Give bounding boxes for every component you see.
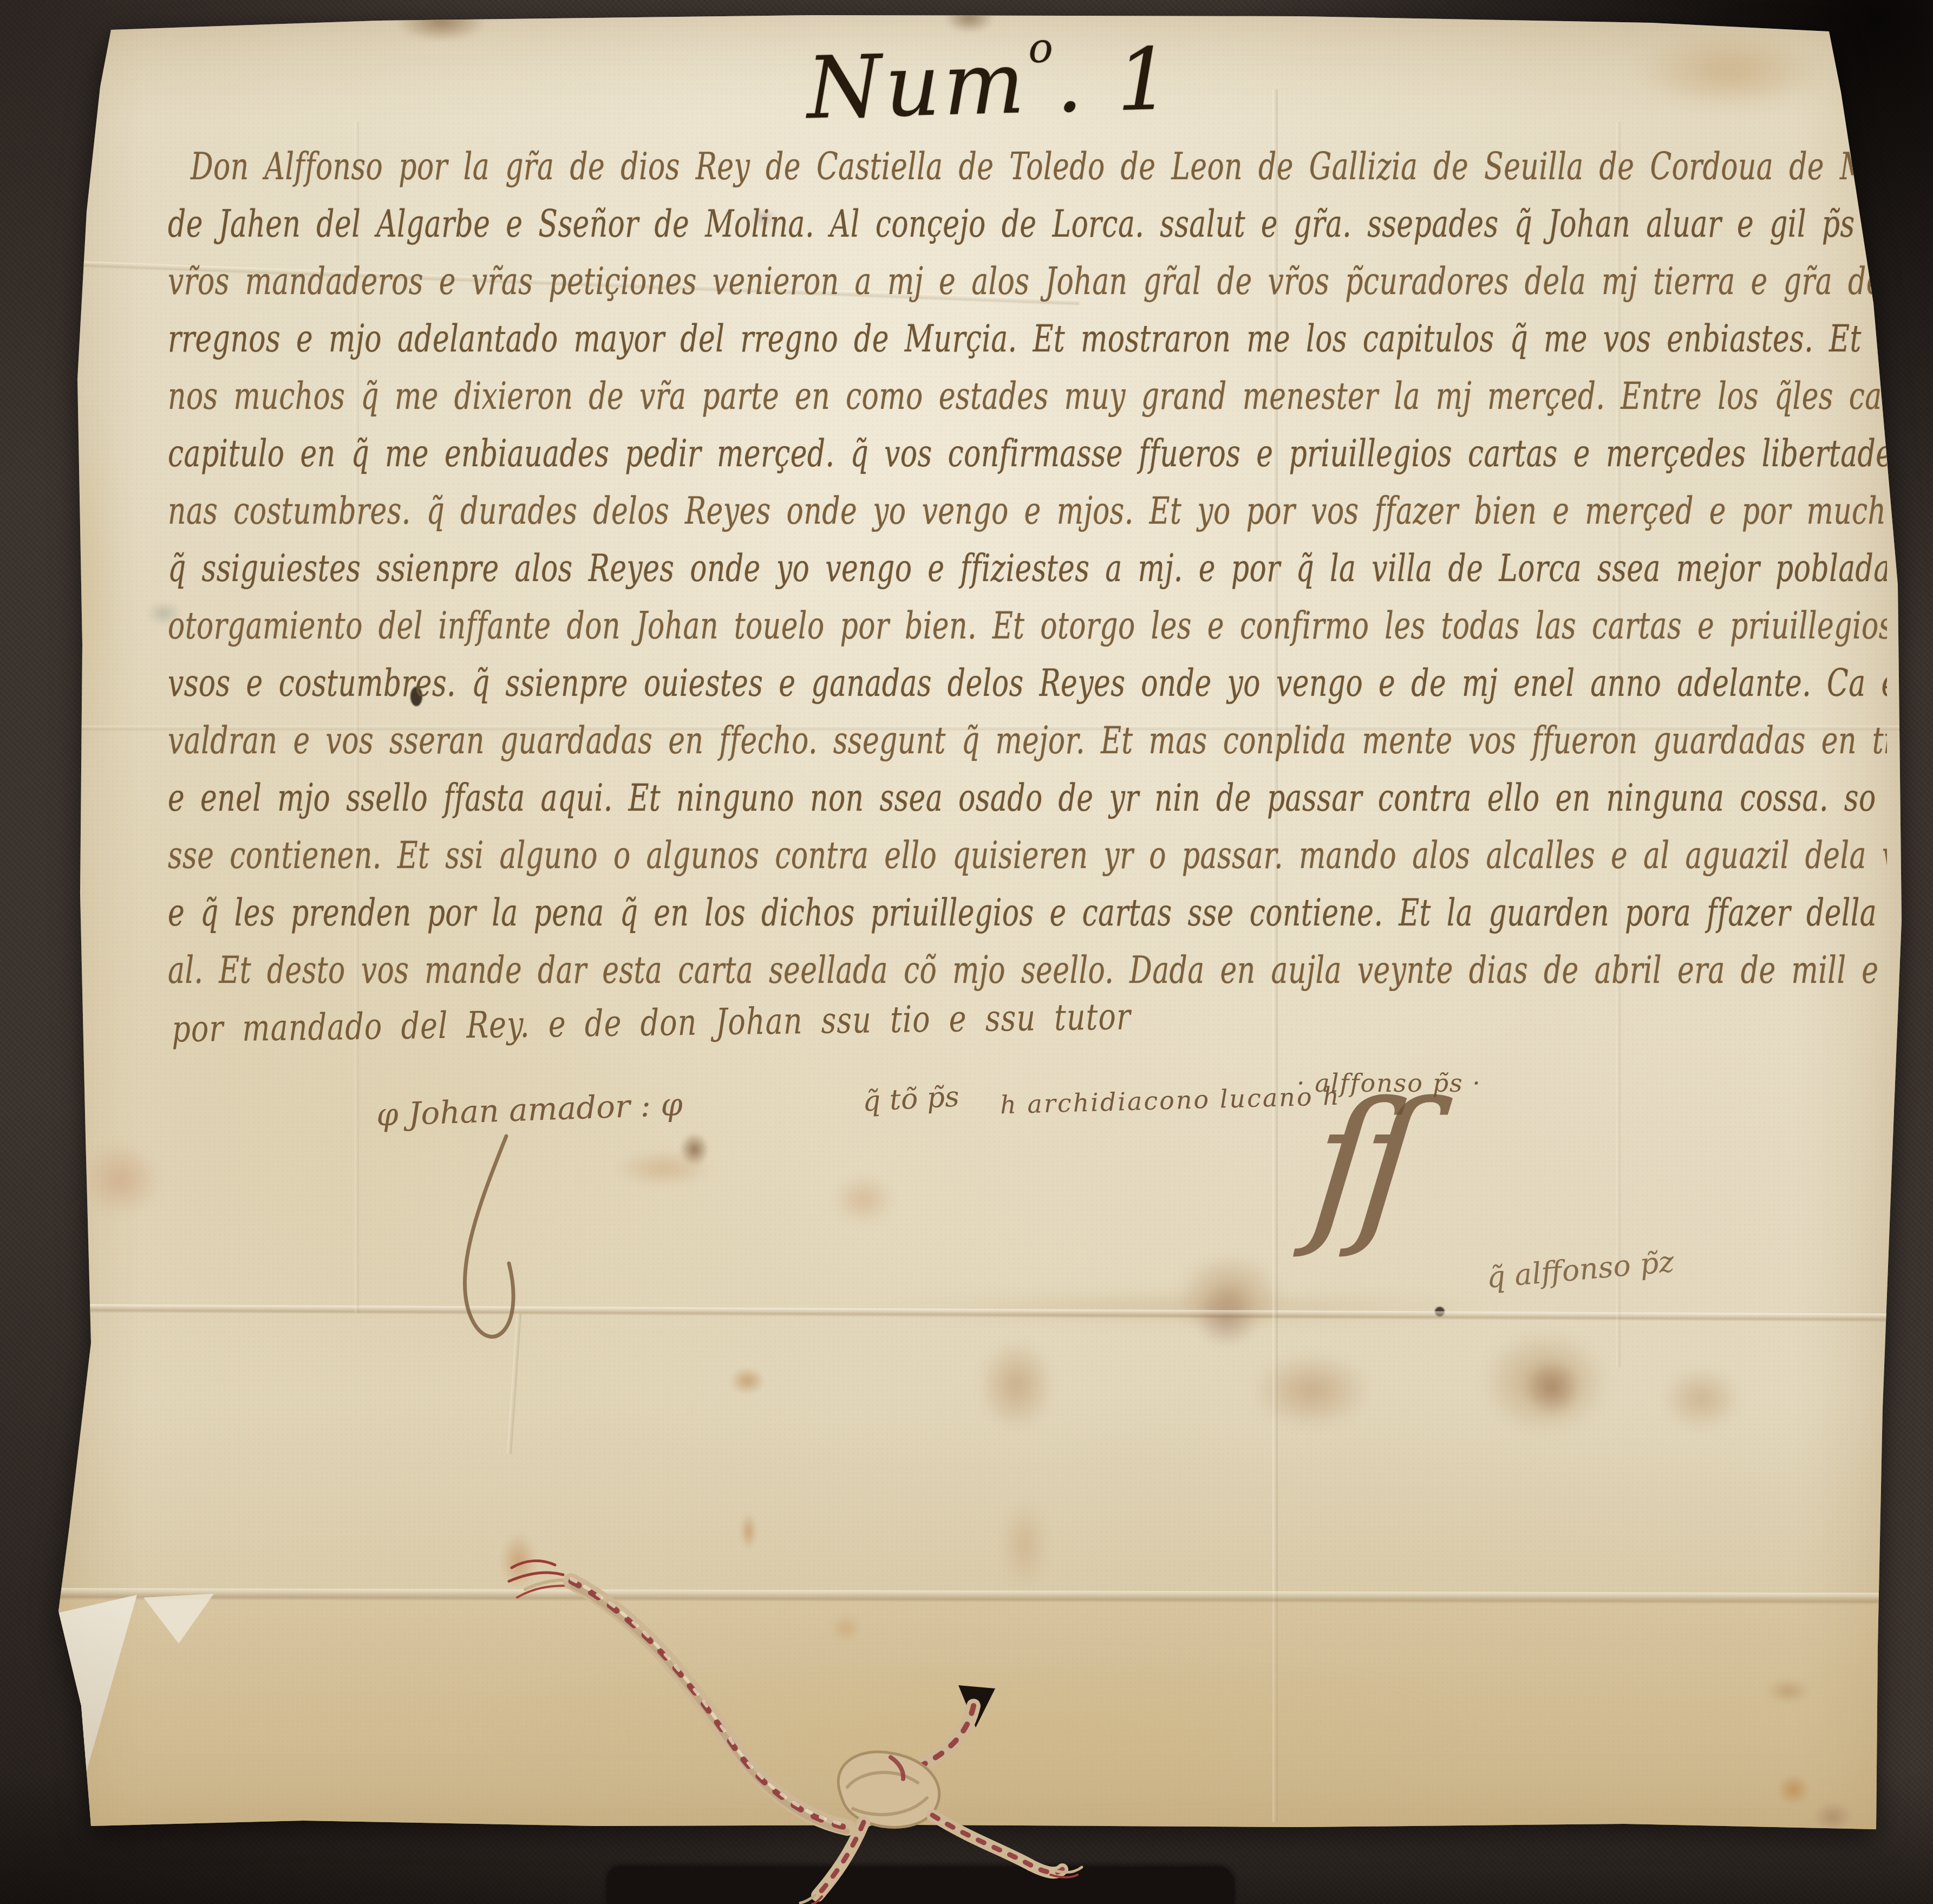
charter-text-line: vsos e costumbres. q̃ ssienpre ouiestes …: [168, 655, 1887, 719]
charter-text-line: e q̃ les prenden por la pena q̃ en los d…: [168, 884, 1887, 948]
seal-cord: [460, 1516, 1218, 1904]
charter-text-line: al. Et desto vos mande dar esta carta se…: [168, 942, 1887, 1006]
signature-alffonso-pes-monogram: ſſ: [1305, 1085, 1413, 1244]
charter-text-line: nas costumbres. q̃ durades delos Reyes o…: [168, 482, 1887, 546]
charter-text-line: otorgamiento del inffante don Johan toue…: [168, 597, 1887, 661]
charter-text-line: sse contienen. Et ssi alguno o algunos c…: [168, 827, 1887, 891]
charter-text-line: q̃ ssiguiestes ssienpre alos Reyes onde …: [168, 540, 1887, 604]
charter-text-line: de Jahen del Algarbe e Sseñor de Molina.…: [168, 195, 1887, 259]
charter-text-line: vr̃os mandaderos e vr̃as petiçiones veni…: [168, 253, 1887, 317]
signature-paraph: q̃ tõ p̃s: [862, 1080, 960, 1118]
charter-text-line: capitulo en q̃ me enbiauades pedir merçe…: [168, 425, 1887, 489]
charter-text-line: rregnos e mjo adelantado mayor del rregn…: [168, 310, 1887, 374]
signature-flourish: [398, 1128, 539, 1355]
charter-text-line: Don Alffonso por la gr̃a de dios Rey de …: [168, 138, 1910, 202]
charter-text-line: nos muchos q̃ me dixieron de vr̃a parte …: [168, 368, 1887, 432]
charter-text-line: e enel mjo ssello ffasta aqui. Et ningun…: [168, 770, 1887, 833]
cord-fray: [517, 1586, 569, 1597]
charter-text-line: valdran e vos sseran guardadas en ffecho…: [168, 712, 1887, 776]
cord-arc: [571, 1581, 847, 1828]
cord-fray: [512, 1561, 555, 1568]
cord-tail-right: [932, 1815, 1062, 1873]
